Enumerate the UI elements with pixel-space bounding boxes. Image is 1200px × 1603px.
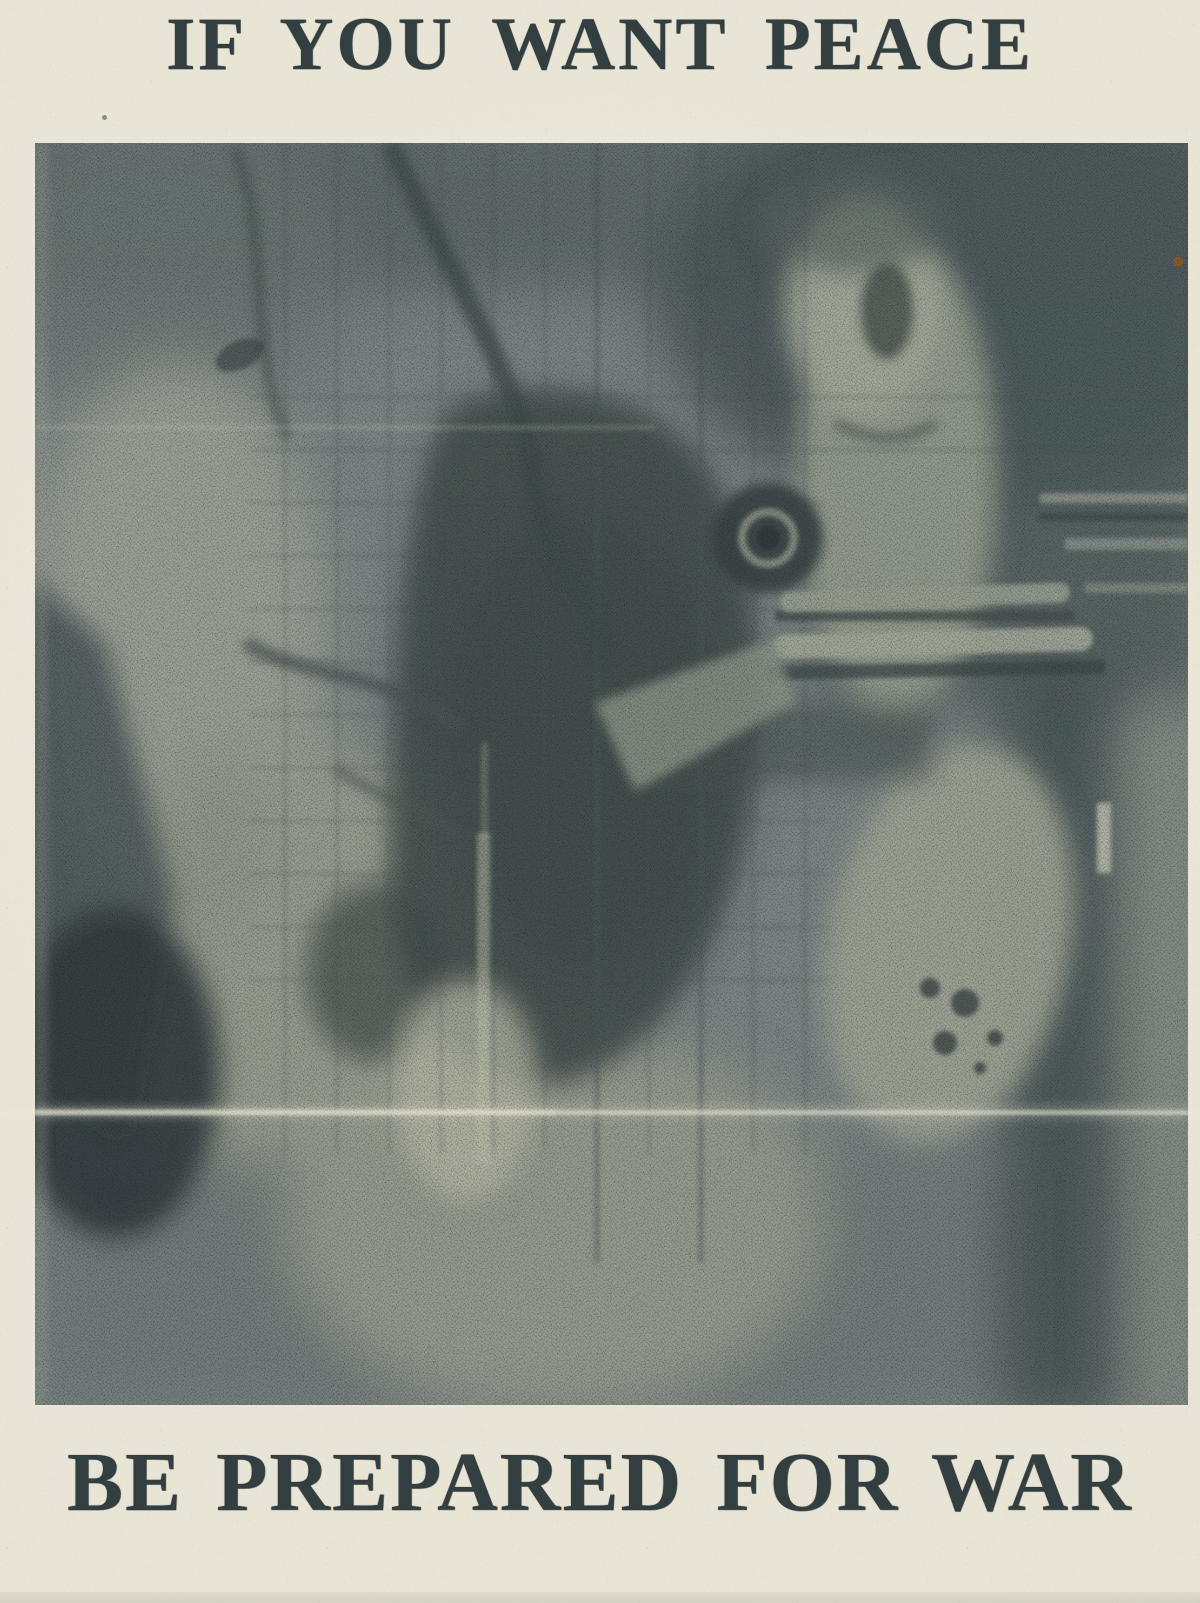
fold-crease	[0, 1110, 1200, 1115]
top-title: IF YOU WANT PEACE	[0, 2, 1200, 88]
paper-speck	[102, 115, 107, 120]
scan-edge-shadow	[0, 1592, 1200, 1603]
bottom-title: BE PREPARED FOR WAR	[0, 1434, 1200, 1531]
photo-illustration	[35, 143, 1188, 1405]
poster-page: IF YOU WANT PEACE	[0, 0, 1200, 1603]
poster-photo	[35, 143, 1188, 1405]
